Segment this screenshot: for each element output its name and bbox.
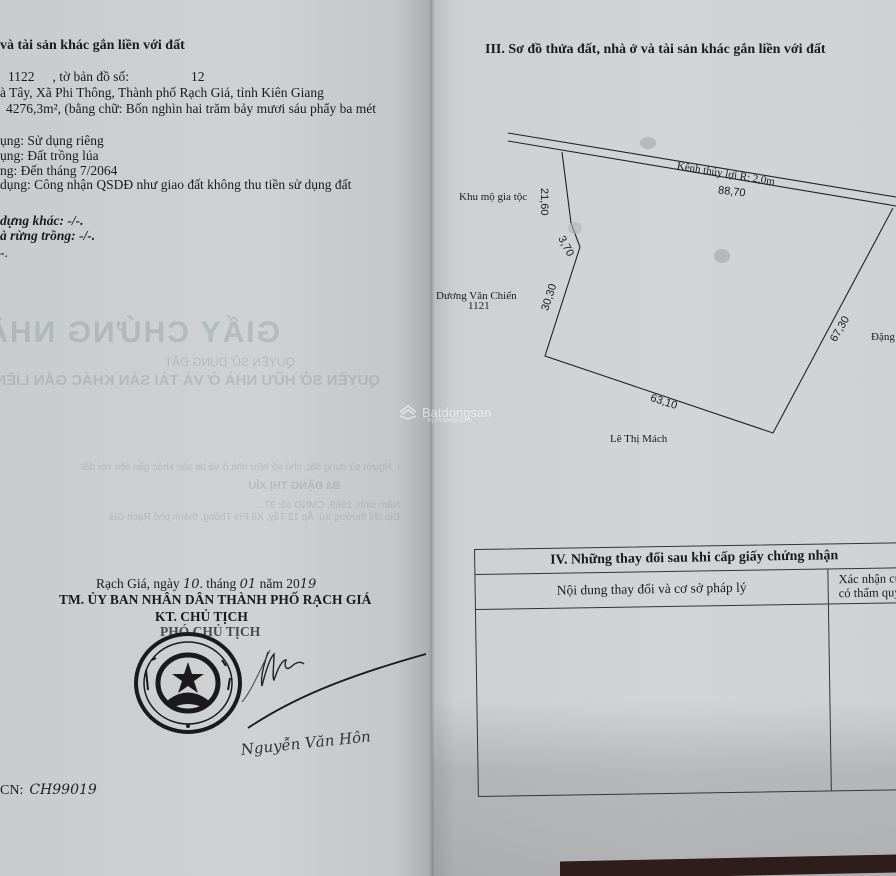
col-authority-confirmation-header: Xác nhận của cơ quan có thẩm quyền — [828, 568, 896, 603]
ghost-line2: QUYỀN SỞ HỮU NHÀ Ở VÀ TÀI SẢN KHÁC GẮN L… — [0, 372, 380, 389]
ghost-owner-name: Bà ĐẶNG THỊ XÍU — [248, 480, 340, 492]
ghost-title: GIẤY CHỨNG NHẬN — [0, 316, 280, 350]
left-section-title: và tài sản khác gắn liền với đất — [0, 38, 185, 54]
certificate-code: CH99019 — [29, 782, 96, 798]
signature-icon — [230, 630, 430, 740]
other-construction: dựng khác: -/-. — [0, 213, 83, 229]
date-day: 10 — [183, 577, 200, 592]
signature-date: Rạch Giá, ngày 10. tháng 01 năm 2019 — [96, 576, 316, 593]
map-sheet-number: 12 — [191, 69, 205, 85]
ghost-subtitle: QUYỀN SỬ DỤNG ĐẤT — [165, 355, 295, 369]
other-note: -. — [0, 245, 8, 261]
ghost-owner-detail2: Địa chỉ thường trú: Ấp 12 Tây, Xã Phi Th… — [109, 512, 400, 523]
date-year-suffix: 19 — [300, 577, 317, 592]
authority-confirmation-cell — [829, 603, 896, 790]
neighbor-northwest: Khu mộ gia tộc — [459, 191, 527, 203]
changes-table: IV. Những thay đổi sau khi cấp giấy chứn… — [474, 542, 896, 797]
official-stamp-icon — [132, 630, 244, 736]
signer-role: KT. CHỦ TỊCH — [155, 609, 248, 625]
watermark-sub: by PropertyGuru — [428, 418, 472, 424]
map-sheet-label: , tờ bản đồ số: — [53, 69, 130, 84]
neighbor-west-parcel: 1121 — [468, 300, 490, 312]
watermark: Batdongsan by PropertyGuru — [398, 404, 491, 420]
parcel-info: 1122, tờ bản đồ số: 12 — [8, 69, 129, 85]
issuing-organization: TM. ỦY BAN NHÂN DÂN THÀNH PHỐ RẠCH GIÁ — [59, 592, 371, 608]
certificate-number: CN:CH99019 — [0, 782, 97, 799]
parcel-area: 4276,3m², (bằng chữ: Bốn nghìn hai trăm … — [6, 101, 376, 117]
col-change-content-header: Nội dung thay đổi và cơ sở pháp lý — [475, 569, 828, 609]
parcel-address: à Tây, Xã Phi Thông, Thành phố Rạch Giá,… — [0, 85, 324, 101]
usage-purpose: ụng: Đất trồng lúa — [0, 148, 99, 164]
changes-table-body — [476, 603, 896, 796]
edge-west-top-length: 21,60 — [538, 188, 550, 216]
usage-form: ụng: Sử dụng riêng — [0, 133, 104, 149]
date-month: 01 — [240, 577, 257, 592]
batdongsan-logo-icon — [398, 404, 418, 420]
usage-origin: dụng: Công nhận QSDĐ như giao đất không … — [0, 177, 351, 193]
planted-forest: à rừng trồng: -/-. — [0, 228, 95, 244]
parcel-number: 1122 — [8, 69, 35, 84]
neighbor-south: Lê Thị Mách — [610, 433, 667, 445]
neighbor-east: Đặng — [871, 331, 895, 343]
change-content-cell — [476, 604, 832, 796]
right-section-title: III. Sơ đồ thửa đất, nhà ở và tài sản kh… — [485, 42, 826, 58]
ghost-owner-detail1: Năm sinh: 1968, CMND số: 37... — [256, 500, 400, 511]
left-page: và tài sản khác gắn liền với đất 1122, t… — [0, 0, 432, 876]
ghost-owner-intro: I. Người sử dụng đất, chủ sở hữu nhà ở v… — [81, 462, 400, 473]
